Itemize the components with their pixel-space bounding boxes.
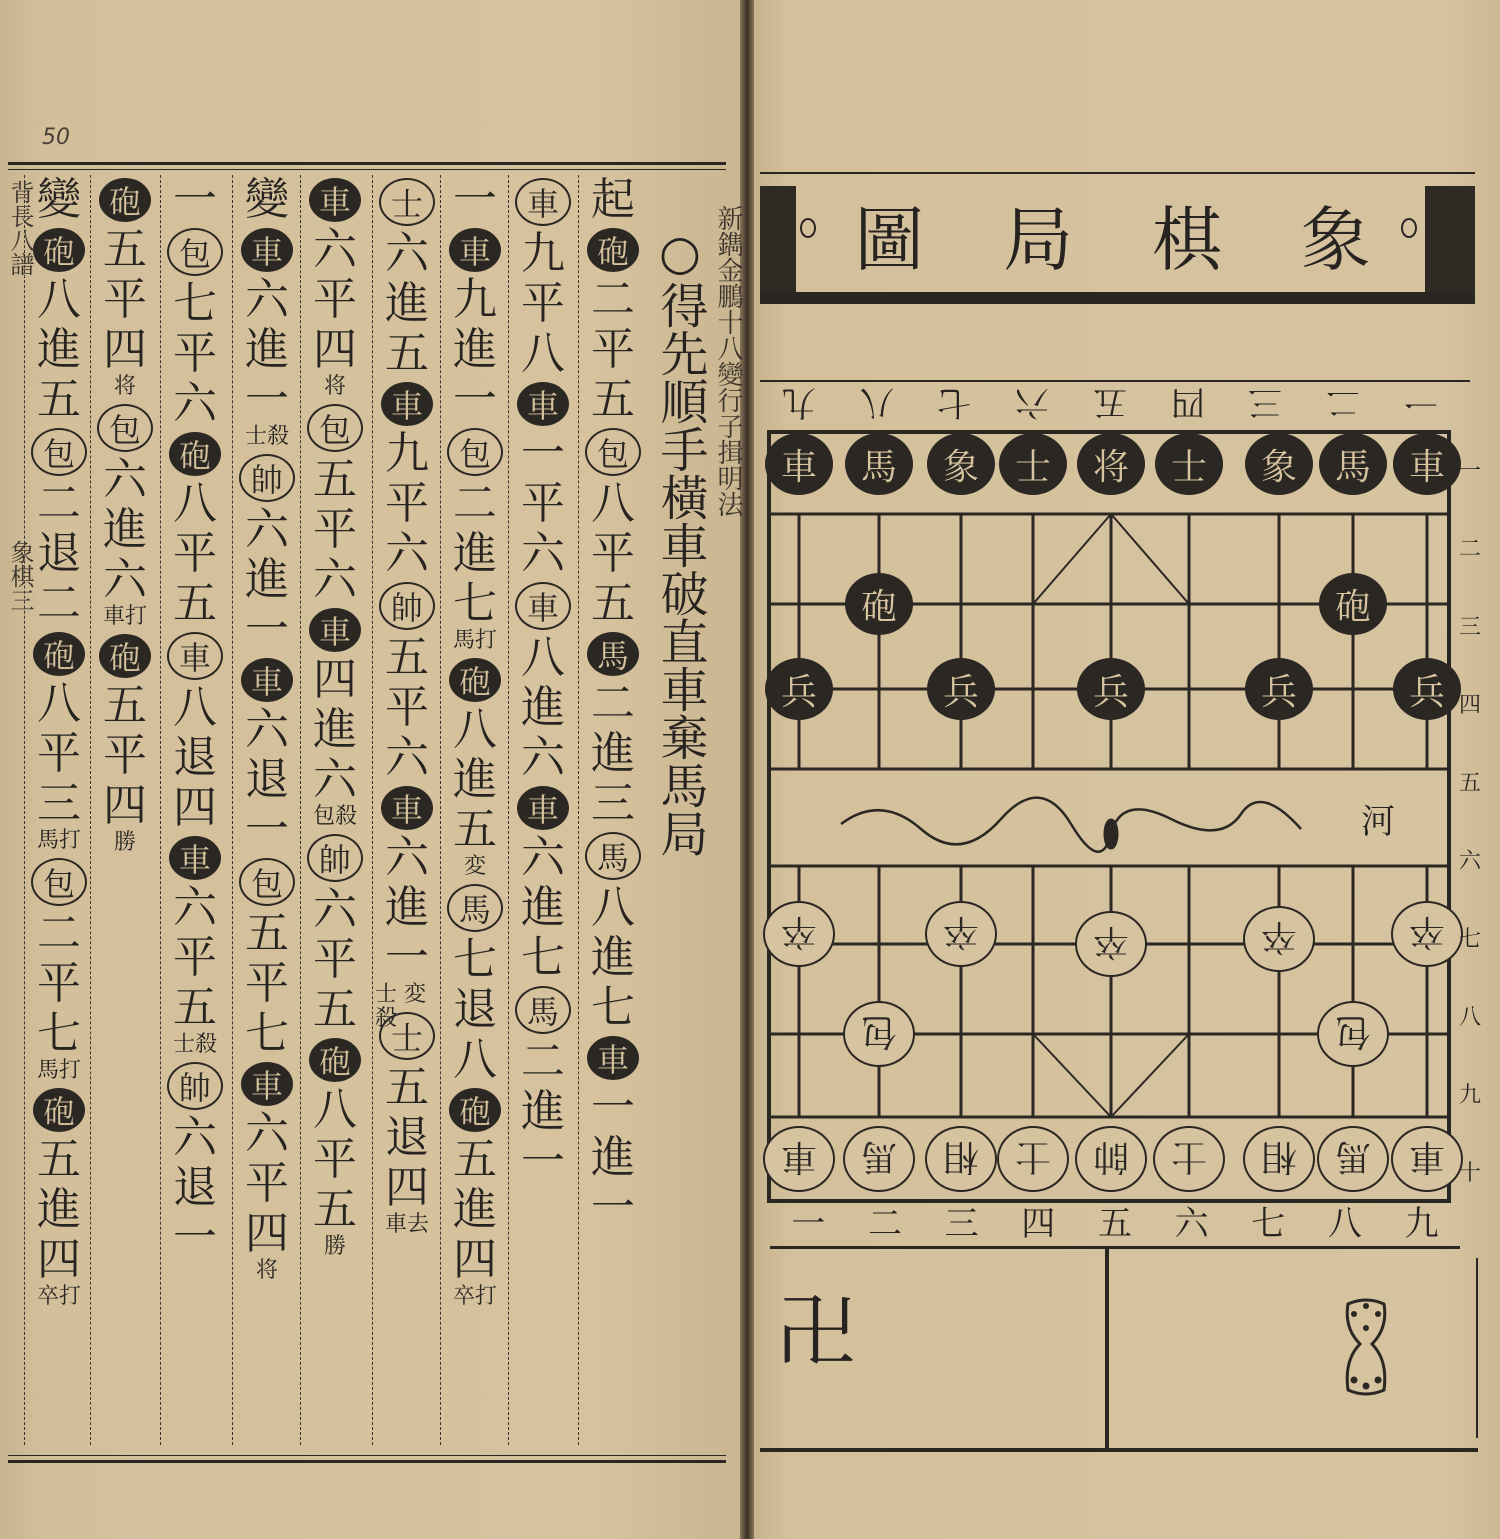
move-annotation: 将 xyxy=(303,375,367,401)
red-piece-token: 包 xyxy=(31,858,87,906)
move-char: 進 xyxy=(583,729,643,779)
piece-char: 馬 xyxy=(1335,1134,1371,1185)
move-char: 二 xyxy=(583,679,643,729)
move-char: 七 xyxy=(583,983,643,1033)
move-annotation: 包殺 xyxy=(303,805,367,831)
black-piece: 砲 xyxy=(845,573,913,635)
piece-char: 卒 xyxy=(1261,914,1297,965)
move-column: 士六進五車九平六帥五平六車六進一士 変殺士五退四車去 xyxy=(372,175,441,1445)
file-number: 七 xyxy=(937,382,971,430)
file-number: 二 xyxy=(1326,382,1360,430)
red-piece: 卒 xyxy=(925,901,997,967)
move-column: 起砲二平五包八平五馬二進三馬八進七車一進一 xyxy=(578,175,647,1445)
move-char: 平 xyxy=(165,329,225,379)
move-char: 七 xyxy=(513,933,573,983)
piece-char: 馬 xyxy=(861,1134,897,1185)
move-char: 進 xyxy=(237,555,297,605)
move-char: 一 xyxy=(583,1083,643,1133)
move-char: 平 xyxy=(165,933,225,983)
file-number: 四 xyxy=(1171,382,1205,430)
file-number: 七 xyxy=(1251,1196,1285,1246)
move-char: 七 xyxy=(165,279,225,329)
black-piece: 砲 xyxy=(1319,573,1387,635)
move-column: 變車六進一士殺帥六進一車六退一包五平七車六平四将 xyxy=(232,175,301,1445)
rank-number: 一 xyxy=(1459,454,1481,485)
black-piece-token: 砲 xyxy=(449,1088,501,1132)
move-char: 三 xyxy=(29,779,89,829)
move-char: 四 xyxy=(95,781,155,831)
move-char: 退 xyxy=(445,985,505,1035)
move-char: 六 xyxy=(95,455,155,505)
move-char: 五 xyxy=(377,329,437,379)
rank-number: 六 xyxy=(1459,844,1481,875)
move-char: 八 xyxy=(165,479,225,529)
move-annotation: 卒打 xyxy=(443,1285,507,1311)
move-char: 進 xyxy=(29,1185,89,1235)
move-char: 平 xyxy=(165,529,225,579)
move-char: 一 xyxy=(237,805,297,855)
move-char: 六 xyxy=(165,1113,225,1163)
river-glyph: 河 xyxy=(1361,794,1395,843)
file-number: 一 xyxy=(1404,382,1438,430)
black-piece-token: 車 xyxy=(381,382,433,426)
move-char: 四 xyxy=(165,783,225,833)
red-piece-token: 馬 xyxy=(447,884,503,932)
file-number: 八 xyxy=(1328,1196,1362,1246)
move-char: 一 xyxy=(377,933,437,983)
black-piece-token: 車 xyxy=(517,382,569,426)
black-piece-token: 砲 xyxy=(33,228,85,272)
move-column: 一車九進一包二進七馬打砲八進五変馬七退八砲五進四卒打 xyxy=(440,175,509,1445)
bottom-file-numbers: 一二三四五六七八九 xyxy=(770,1196,1460,1249)
colophon-right-border xyxy=(1476,1258,1478,1438)
move-char: 平 xyxy=(95,275,155,325)
move-char: 平 xyxy=(305,1135,365,1185)
move-char: 四 xyxy=(445,1235,505,1285)
move-char: 平 xyxy=(29,959,89,1009)
file-number: 二 xyxy=(868,1196,902,1246)
black-piece-token: 砲 xyxy=(99,178,151,222)
red-piece-token: 馬 xyxy=(585,832,641,880)
move-char: 五 xyxy=(305,985,365,1035)
move-char: 六 xyxy=(513,833,573,883)
piece-char: 将 xyxy=(1093,439,1129,490)
piece-char: 兵 xyxy=(1093,664,1129,715)
move-char: 五 xyxy=(583,579,643,629)
banner-left-cap xyxy=(760,186,796,292)
red-piece: 包 xyxy=(843,1001,915,1067)
xiangqi-board: 河 車馬象士将士象馬車砲砲兵兵兵兵兵卒卒卒卒卒包包車馬相士帥士相馬車 xyxy=(767,430,1451,1203)
piece-char: 馬 xyxy=(1335,439,1371,490)
move-annotation: 士殺 xyxy=(163,1033,227,1059)
move-char: 五 xyxy=(445,1135,505,1185)
red-piece-token: 車 xyxy=(515,582,571,630)
red-piece: 車 xyxy=(763,1126,835,1192)
move-char: 八 xyxy=(513,633,573,683)
black-piece: 兵 xyxy=(1245,658,1313,720)
move-char: 八 xyxy=(165,683,225,733)
move-char: 進 xyxy=(513,1087,573,1137)
move-char: 退 xyxy=(165,733,225,783)
move-char: 一 xyxy=(237,375,297,425)
move-char: 進 xyxy=(445,755,505,805)
rank-number: 三 xyxy=(1459,610,1481,641)
red-piece: 士 xyxy=(997,1126,1069,1192)
black-piece: 馬 xyxy=(845,433,913,495)
piece-char: 帥 xyxy=(1093,1134,1129,1185)
move-column: 一包七平六砲八平五車八退四車六平五士殺帥六退一 xyxy=(160,175,229,1445)
black-piece-token: 車 xyxy=(309,608,361,652)
move-char: 四 xyxy=(305,325,365,375)
move-char: 平 xyxy=(377,683,437,733)
move-annotation: 馬打 xyxy=(27,829,91,855)
file-number: 八 xyxy=(860,382,894,430)
move-char: 七 xyxy=(237,1009,297,1059)
black-piece: 象 xyxy=(927,433,995,495)
move-char: 進 xyxy=(445,325,505,375)
move-char: 一 xyxy=(237,605,297,655)
colophon-divider xyxy=(1105,1248,1109,1448)
piece-char: 相 xyxy=(1261,1134,1297,1185)
black-piece: 馬 xyxy=(1319,433,1387,495)
black-piece: 兵 xyxy=(765,658,833,720)
red-piece: 包 xyxy=(1317,1001,1389,1067)
piece-char: 卒 xyxy=(781,909,817,960)
column-header: 起 xyxy=(583,175,643,225)
black-piece-token: 車 xyxy=(169,836,221,880)
move-annotation: 将 xyxy=(235,1259,299,1285)
move-char: 進 xyxy=(95,505,155,555)
move-char: 六 xyxy=(377,833,437,883)
move-char: 六 xyxy=(95,555,155,605)
move-char: 進 xyxy=(305,705,365,755)
move-char: 平 xyxy=(237,959,297,1009)
move-char: 五 xyxy=(583,375,643,425)
move-char: 二 xyxy=(29,479,89,529)
move-char: 進 xyxy=(237,325,297,375)
move-char: 七 xyxy=(445,579,505,629)
move-column: 砲五平四将包六進六車打砲五平四勝 xyxy=(90,175,159,1445)
move-char: 二 xyxy=(29,579,89,629)
column-header: 變 xyxy=(29,175,89,225)
piece-char: 兵 xyxy=(943,664,979,715)
file-number: 五 xyxy=(1098,1196,1132,1246)
piece-char: 車 xyxy=(1409,439,1445,490)
black-piece: 兵 xyxy=(1077,658,1145,720)
piece-char: 士 xyxy=(1015,439,1051,490)
move-char: 二 xyxy=(29,909,89,959)
black-piece-token: 車 xyxy=(587,1036,639,1080)
red-piece: 馬 xyxy=(1317,1126,1389,1192)
rank-number: 八 xyxy=(1459,1000,1481,1031)
move-char: 平 xyxy=(305,275,365,325)
red-piece-token: 包 xyxy=(31,428,87,476)
move-annotation: 士 変殺 xyxy=(375,983,439,1009)
move-char: 八 xyxy=(513,329,573,379)
black-piece-token: 車 xyxy=(241,658,293,702)
move-char: 九 xyxy=(377,429,437,479)
black-piece: 士 xyxy=(999,433,1067,495)
piece-char: 象 xyxy=(943,439,979,490)
move-char: 六 xyxy=(165,883,225,933)
red-piece-token: 帥 xyxy=(379,582,435,630)
move-char: 退 xyxy=(237,755,297,805)
red-piece-token: 馬 xyxy=(515,986,571,1034)
move-char: 九 xyxy=(513,229,573,279)
piece-char: 士 xyxy=(1015,1134,1051,1185)
move-char: 平 xyxy=(305,935,365,985)
red-piece-token: 包 xyxy=(167,228,223,276)
move-char: 八 xyxy=(583,883,643,933)
move-char: 二 xyxy=(445,479,505,529)
move-column: 車九平八車一平六車八進六車六進七馬二進一 xyxy=(508,175,577,1445)
red-piece-token: 包 xyxy=(447,428,503,476)
black-piece-token: 砲 xyxy=(33,1088,85,1132)
piece-char: 士 xyxy=(1171,439,1207,490)
piece-char: 車 xyxy=(781,439,817,490)
move-char: 五 xyxy=(377,633,437,683)
red-piece-token: 車 xyxy=(515,178,571,226)
move-char: 進 xyxy=(583,1133,643,1183)
black-piece-token: 車 xyxy=(241,1062,293,1106)
move-char: 八 xyxy=(305,1085,365,1135)
title-char: 圖 xyxy=(854,184,934,285)
move-char: 六 xyxy=(305,225,365,275)
black-piece-token: 車 xyxy=(517,786,569,830)
file-number: 九 xyxy=(782,382,816,430)
title-banner: 象 棋 局 圖 xyxy=(760,172,1475,304)
move-char: 五 xyxy=(95,225,155,275)
move-char: 八 xyxy=(445,1035,505,1085)
move-char: 四 xyxy=(95,325,155,375)
piece-char: 兵 xyxy=(781,664,817,715)
black-piece: 車 xyxy=(765,433,833,495)
piece-char: 車 xyxy=(1409,1134,1445,1185)
move-char: 進 xyxy=(377,883,437,933)
move-annotation: 車去 xyxy=(375,1213,439,1239)
move-char: 五 xyxy=(29,1135,89,1185)
move-char: 五 xyxy=(165,579,225,629)
banner-right-cap xyxy=(1425,186,1475,292)
red-piece-token: 包 xyxy=(307,404,363,452)
move-char: 六 xyxy=(305,755,365,805)
red-piece-token: 帥 xyxy=(167,1062,223,1110)
red-piece: 卒 xyxy=(763,901,835,967)
move-char: 四 xyxy=(29,1235,89,1285)
move-char: 五 xyxy=(445,805,505,855)
black-piece-token: 車 xyxy=(449,228,501,272)
move-annotation: 将 xyxy=(93,375,157,401)
red-piece: 卒 xyxy=(1075,911,1147,977)
move-char: 一 xyxy=(513,429,573,479)
move-char: 六 xyxy=(513,733,573,783)
move-char: 進 xyxy=(377,279,437,329)
move-annotation: 馬打 xyxy=(27,1059,91,1085)
top-file-numbers: 九八七六五四三二一 xyxy=(760,382,1460,430)
move-char: 二 xyxy=(583,275,643,325)
red-piece: 士 xyxy=(1153,1126,1225,1192)
black-piece: 兵 xyxy=(927,658,995,720)
pencil-page-number: 50 xyxy=(42,125,70,150)
move-char: 平 xyxy=(305,505,365,555)
dice-emblem-icon xyxy=(1342,1298,1390,1396)
move-char: 六 xyxy=(305,555,365,605)
banner-dot-left xyxy=(800,218,816,238)
black-piece-token: 車 xyxy=(241,228,293,272)
piece-char: 士 xyxy=(1171,1134,1207,1185)
move-char: 九 xyxy=(445,275,505,325)
move-char: 平 xyxy=(29,729,89,779)
swastika-emblem-icon: 卍 xyxy=(776,1268,856,1383)
board-grid xyxy=(771,434,1447,1199)
move-char: 一 xyxy=(583,1183,643,1233)
move-char: 四 xyxy=(237,1209,297,1259)
piece-char: 卒 xyxy=(943,909,979,960)
move-char: 二 xyxy=(513,1037,573,1087)
piece-char: 車 xyxy=(781,1134,817,1185)
move-char: 平 xyxy=(513,279,573,329)
move-char: 進 xyxy=(513,683,573,733)
move-char: 六 xyxy=(237,705,297,755)
move-char: 五 xyxy=(237,909,297,959)
piece-char: 兵 xyxy=(1409,664,1445,715)
move-char: 六 xyxy=(377,529,437,579)
file-number: 四 xyxy=(1021,1196,1055,1246)
title-char: 象 xyxy=(1301,184,1381,285)
move-char: 平 xyxy=(583,325,643,375)
move-char: 一 xyxy=(445,375,505,425)
file-number: 五 xyxy=(1093,382,1127,430)
game-title-column: ○得先順手橫車破直車棄馬局 xyxy=(648,225,708,857)
piece-char: 包 xyxy=(1335,1009,1371,1060)
right-edge-rank-numbers: 一二三四五六七八九十 xyxy=(1450,430,1490,1210)
black-piece-token: 砲 xyxy=(169,432,221,476)
red-piece: 帥 xyxy=(1075,1126,1147,1192)
rank-number: 五 xyxy=(1459,766,1481,797)
move-char: 一 xyxy=(165,1213,225,1263)
column-header: 變 xyxy=(237,175,297,225)
move-char: 進 xyxy=(29,325,89,375)
move-char: 八 xyxy=(445,705,505,755)
move-char: 八 xyxy=(29,275,89,325)
black-piece-token: 砲 xyxy=(99,634,151,678)
move-char: 平 xyxy=(95,731,155,781)
move-char: 六 xyxy=(377,229,437,279)
move-char: 八 xyxy=(29,679,89,729)
piece-char: 象 xyxy=(1261,439,1297,490)
move-char: 六 xyxy=(165,379,225,429)
move-char: 六 xyxy=(237,1109,297,1159)
red-piece: 相 xyxy=(1243,1126,1315,1192)
rank-number: 七 xyxy=(1459,922,1481,953)
black-piece: 将 xyxy=(1077,433,1145,495)
move-char: 退 xyxy=(165,1163,225,1213)
red-piece-token: 包 xyxy=(239,858,295,906)
red-piece-token: 帥 xyxy=(239,454,295,502)
column-header: 一 xyxy=(445,175,505,225)
move-char: 六 xyxy=(305,885,365,935)
file-number: 六 xyxy=(1015,382,1049,430)
black-piece-token: 車 xyxy=(309,178,361,222)
red-piece: 卒 xyxy=(1243,906,1315,972)
red-piece-token: 士 xyxy=(379,1012,435,1060)
move-char: 五 xyxy=(165,983,225,1033)
rank-number: 十 xyxy=(1459,1156,1481,1187)
red-piece: 相 xyxy=(925,1126,997,1192)
move-char: 退 xyxy=(377,1113,437,1163)
red-piece-token: 包 xyxy=(97,404,153,452)
move-annotation: 変 xyxy=(443,855,507,881)
move-annotation: 卒打 xyxy=(27,1285,91,1311)
rank-number: 九 xyxy=(1459,1078,1481,1109)
move-char: 平 xyxy=(583,529,643,579)
file-number: 六 xyxy=(1175,1196,1209,1246)
move-char: 四 xyxy=(305,655,365,705)
move-char: 六 xyxy=(237,505,297,555)
piece-char: 兵 xyxy=(1261,664,1297,715)
move-char: 六 xyxy=(377,733,437,783)
title-char: 棋 xyxy=(1152,184,1232,285)
move-char: 一 xyxy=(513,1137,573,1187)
red-piece-token: 車 xyxy=(167,632,223,680)
move-annotation: 士殺 xyxy=(235,425,299,451)
file-number: 三 xyxy=(1248,382,1282,430)
red-piece-token: 帥 xyxy=(307,834,363,882)
red-piece-token: 士 xyxy=(379,178,435,226)
column-header: 一 xyxy=(165,175,225,225)
move-char: 六 xyxy=(237,275,297,325)
move-char: 五 xyxy=(305,1185,365,1235)
black-piece-token: 馬 xyxy=(587,632,639,676)
move-char: 八 xyxy=(583,479,643,529)
move-annotation: 勝 xyxy=(93,831,157,857)
margin-column-title: 新鐫金鵬十八變行子揖明法 xyxy=(712,205,740,517)
file-number: 三 xyxy=(945,1196,979,1246)
move-char: 平 xyxy=(513,479,573,529)
red-piece-token: 包 xyxy=(585,428,641,476)
move-column: 車六平四将包五平六車四進六包殺帥六平五砲八平五勝 xyxy=(300,175,369,1445)
title-char: 局 xyxy=(1003,184,1083,285)
move-char: 五 xyxy=(95,681,155,731)
black-piece: 士 xyxy=(1155,433,1223,495)
margin-text: 新鐫金鵬十八變行子揖明法 xyxy=(712,205,744,517)
rank-number: 四 xyxy=(1459,688,1481,719)
move-char: 五 xyxy=(29,375,89,425)
move-char: 平 xyxy=(377,479,437,529)
piece-char: 包 xyxy=(861,1009,897,1060)
piece-char: 卒 xyxy=(1093,919,1129,970)
move-char: 三 xyxy=(583,779,643,829)
banner-title: 象 棋 局 圖 xyxy=(820,184,1415,285)
move-annotation: 馬打 xyxy=(443,629,507,655)
piece-char: 砲 xyxy=(861,579,897,630)
file-number: 九 xyxy=(1405,1196,1439,1246)
move-char: 進 xyxy=(513,883,573,933)
black-piece-token: 砲 xyxy=(587,228,639,272)
colophon-box: 卍 xyxy=(760,1248,1478,1452)
move-annotation: 車打 xyxy=(93,605,157,631)
piece-char: 卒 xyxy=(1409,909,1445,960)
file-number: 一 xyxy=(791,1196,825,1246)
move-char: 進 xyxy=(445,1185,505,1235)
move-char: 進 xyxy=(583,933,643,983)
black-piece: 象 xyxy=(1245,433,1313,495)
black-piece-token: 砲 xyxy=(33,632,85,676)
piece-char: 相 xyxy=(943,1134,979,1185)
move-char: 五 xyxy=(305,455,365,505)
move-char: 七 xyxy=(445,935,505,985)
move-char: 退 xyxy=(29,529,89,579)
